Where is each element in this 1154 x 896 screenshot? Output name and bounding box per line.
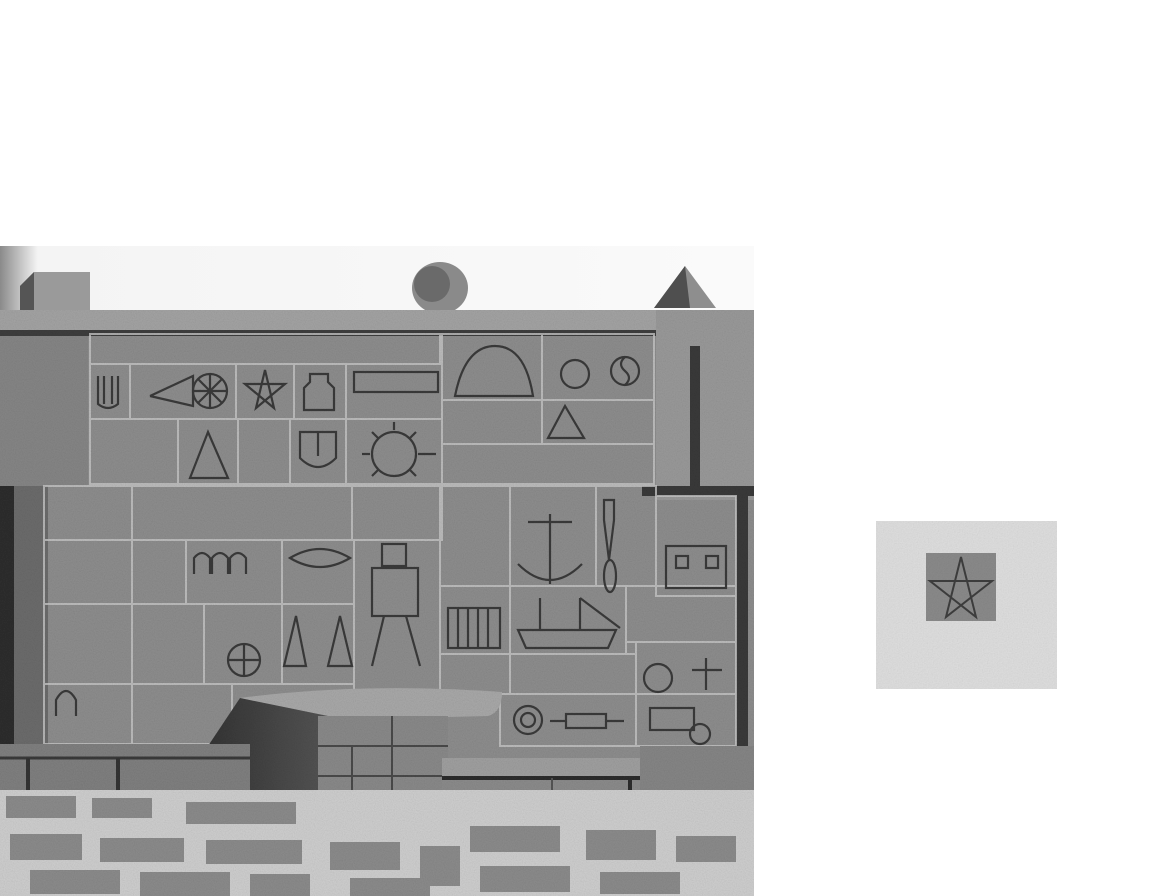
- pentagram-detail-photo: [876, 521, 1057, 689]
- sphere-ornament: [412, 262, 468, 314]
- carved-wall-illustration: [0, 246, 754, 896]
- pentagram-stone-illustration: [876, 521, 1057, 689]
- cube-ornament: [20, 272, 90, 312]
- wall-photo: [0, 246, 754, 896]
